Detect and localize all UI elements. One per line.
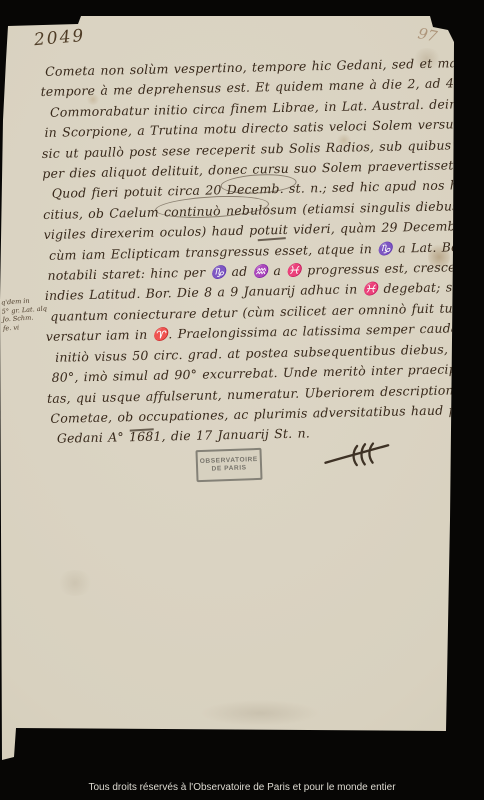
manuscript-text: Cometa non solùm vespertino, tempore hic… bbox=[40, 53, 466, 449]
signature-icon bbox=[321, 440, 393, 472]
observatoire-de-paris-stamp: OBSERVATOIRE DE PARIS bbox=[195, 448, 262, 482]
hevelius-signature-flourish bbox=[321, 440, 393, 472]
stamp-text-line2: DE PARIS bbox=[211, 464, 246, 473]
paper-sheet: 2049 97 Cometa non solùm vespertino, tem… bbox=[0, 0, 484, 800]
paper-stain bbox=[200, 700, 320, 726]
folio-number: 97 bbox=[416, 24, 438, 46]
copyright-caption: Tous droits réservés à l'Observatoire de… bbox=[0, 782, 484, 793]
marginal-note: q'dem in 5° gr. Lat. alq Jo. Schm. fe. v… bbox=[1, 295, 49, 332]
paper-stain bbox=[56, 570, 94, 596]
manuscript-scan: 2049 97 Cometa non solùm vespertino, tem… bbox=[0, 0, 484, 800]
archive-number: 2049 bbox=[33, 26, 86, 50]
